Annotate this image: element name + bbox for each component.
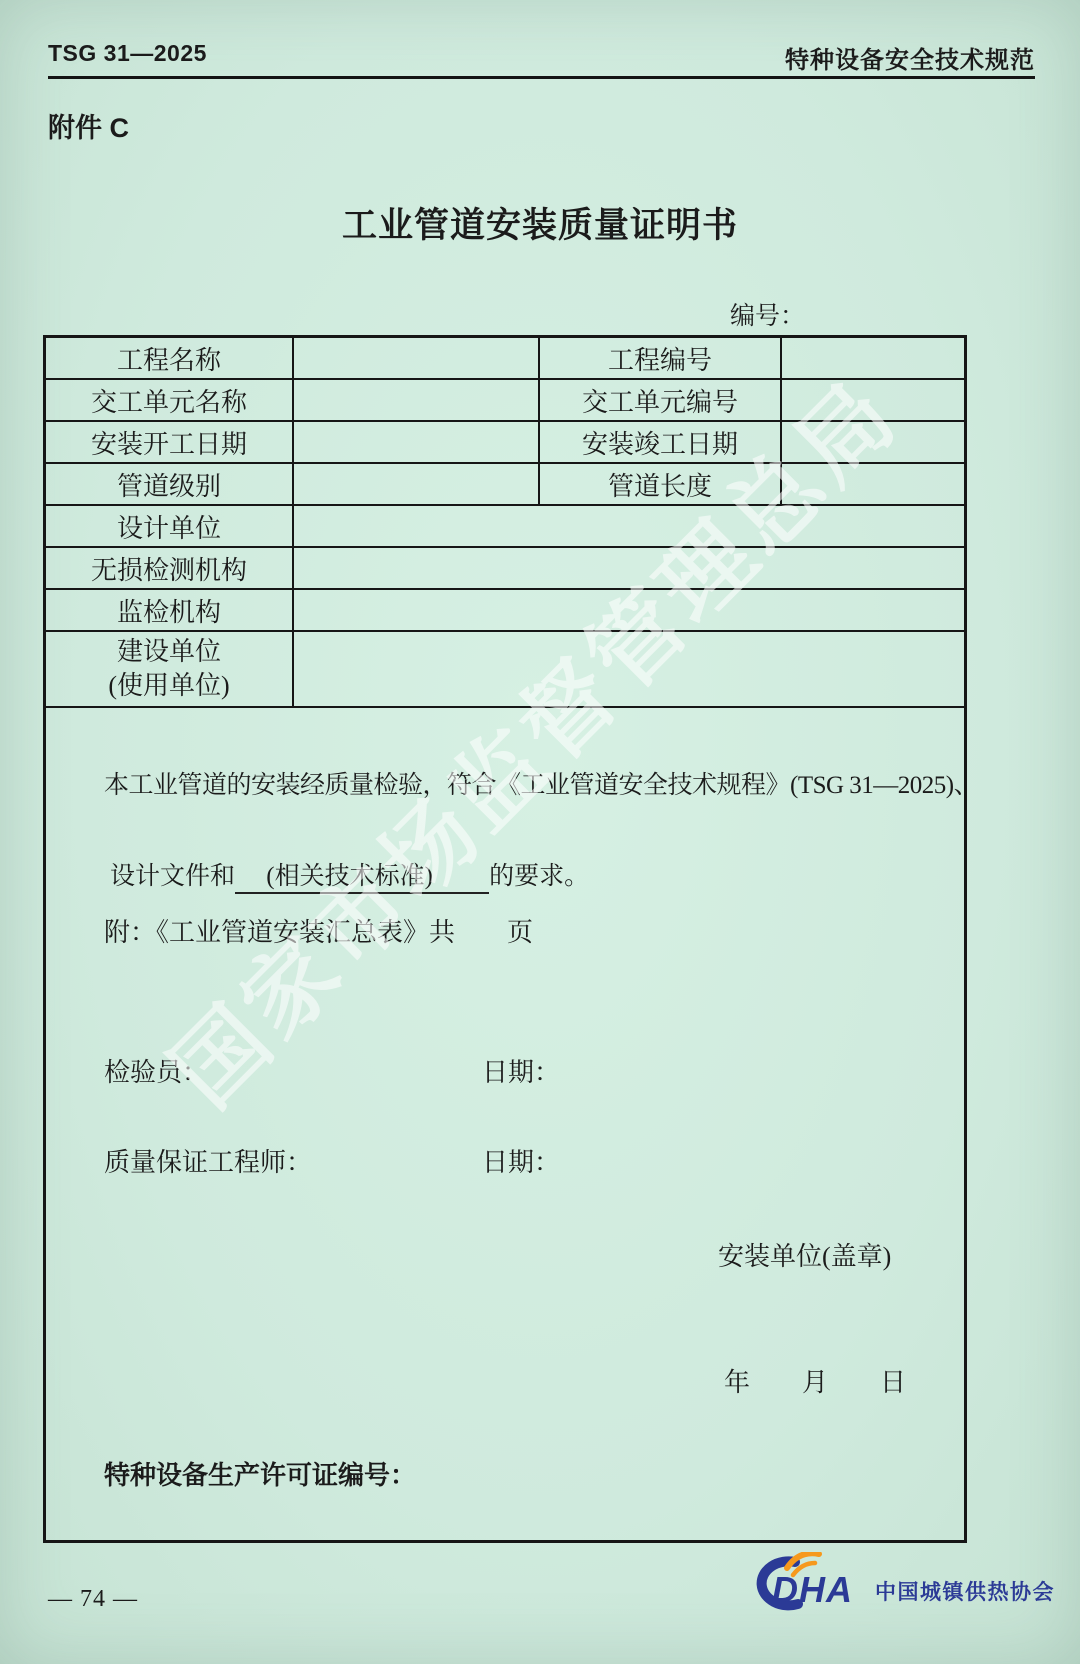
header-doc-code: TSG 31—2025 (48, 40, 207, 67)
statement-blank-standard: (相关技术标准) (235, 863, 489, 894)
table-label-supervision-agency: 监检机构 (46, 590, 294, 632)
table-row: 交工单元名称 交工单元编号 (46, 380, 964, 422)
table-label-handover-unit-number: 交工单元编号 (540, 380, 782, 422)
table-value-install-finish-date (782, 422, 964, 464)
qa-date-label: 日期： (482, 1142, 560, 1179)
table-label-project-number: 工程编号 (540, 338, 782, 380)
table-value-project-number (782, 338, 964, 380)
table-label-ndt-agency: 无损检测机构 (46, 548, 294, 590)
table-value-pipe-length (782, 464, 964, 506)
table-value-construction-unit (294, 632, 964, 708)
table-value-design-unit (294, 506, 964, 548)
table-row: 监检机构 (46, 590, 964, 632)
statement-line1: 本工业管道的安装经质量检验，符合《工业管道安全技术规程》(TSG 31—2025… (104, 765, 978, 801)
table-label-install-start-date: 安装开工日期 (46, 422, 294, 464)
attachment-label: 附件 C (48, 106, 129, 145)
number-label: 编号： (730, 296, 805, 332)
table-label-construction-unit: 建设单位 (使用单位) (46, 632, 294, 708)
license-number-label: 特种设备生产许可证编号： (104, 1455, 416, 1492)
table-label-pipe-length: 管道长度 (540, 464, 782, 506)
dha-logo-icon: DHA (745, 1552, 867, 1616)
table-value-pipe-grade (294, 464, 540, 506)
table-row: 建设单位 (使用单位) (46, 632, 964, 708)
table-label-project-name: 工程名称 (46, 338, 294, 380)
table-label-handover-unit-name: 交工单元名称 (46, 380, 294, 422)
statement-line2-suffix: 的要求。 (489, 863, 589, 890)
inspector-date-label: 日期： (482, 1052, 560, 1089)
document-page: TSG 31—2025 特种设备安全技术规范 附件 C 工业管道安装质量证明书 … (0, 0, 1080, 1664)
association-logo: DHA 中国城镇供热协会 (745, 1552, 1055, 1616)
header-spec-title: 特种设备安全技术规范 (785, 40, 1035, 75)
construction-unit-line2: (使用单位) (108, 669, 229, 703)
table-row: 设计单位 (46, 506, 964, 548)
footer-page-number: — 74 — (48, 1586, 138, 1613)
table-row: 管道级别 管道长度 (46, 464, 964, 506)
table-row: 无损检测机构 (46, 548, 964, 590)
inspector-label: 检验员： (104, 1052, 208, 1089)
certificate-table: 工程名称 工程编号 交工单元名称 交工单元编号 安装开工日期 安装竣工日期 管道… (43, 335, 967, 1543)
statement-cell: 本工业管道的安装经质量检验，符合《工业管道安全技术规程》(TSG 31—2025… (46, 708, 964, 1540)
install-unit-seal-label: 安装单位(盖章) (718, 1236, 891, 1273)
table-value-supervision-agency (294, 590, 964, 632)
logo-abbr-text: DHA (772, 1569, 853, 1610)
table-value-project-name (294, 338, 540, 380)
table-label-install-finish-date: 安装竣工日期 (540, 422, 782, 464)
table-label-pipe-grade: 管道级别 (46, 464, 294, 506)
association-name: 中国城镇供热协会 (875, 1576, 1055, 1606)
table-row: 安装开工日期 安装竣工日期 (46, 422, 964, 464)
statement-line2: 设计文件和 (相关技术标准) 的要求。 (60, 828, 589, 920)
construction-unit-line1: 建设单位 (117, 635, 221, 669)
table-row: 工程名称 工程编号 (46, 338, 964, 380)
attachment-summary-line: 附：《工业管道安装汇总表》共 页 (104, 912, 533, 949)
table-value-install-start-date (294, 422, 540, 464)
qa-engineer-label: 质量保证工程师： (104, 1142, 312, 1179)
page-title: 工业管道安装质量证明书 (0, 198, 1080, 248)
table-value-handover-unit-name (294, 380, 540, 422)
table-value-handover-unit-number (782, 380, 964, 422)
table-label-design-unit: 设计单位 (46, 506, 294, 548)
statement-line2-prefix: 设计文件和 (110, 863, 235, 890)
table-value-ndt-agency (294, 548, 964, 590)
header-rule (48, 76, 1035, 79)
year-month-day-line: 年 月 日 (724, 1362, 906, 1399)
